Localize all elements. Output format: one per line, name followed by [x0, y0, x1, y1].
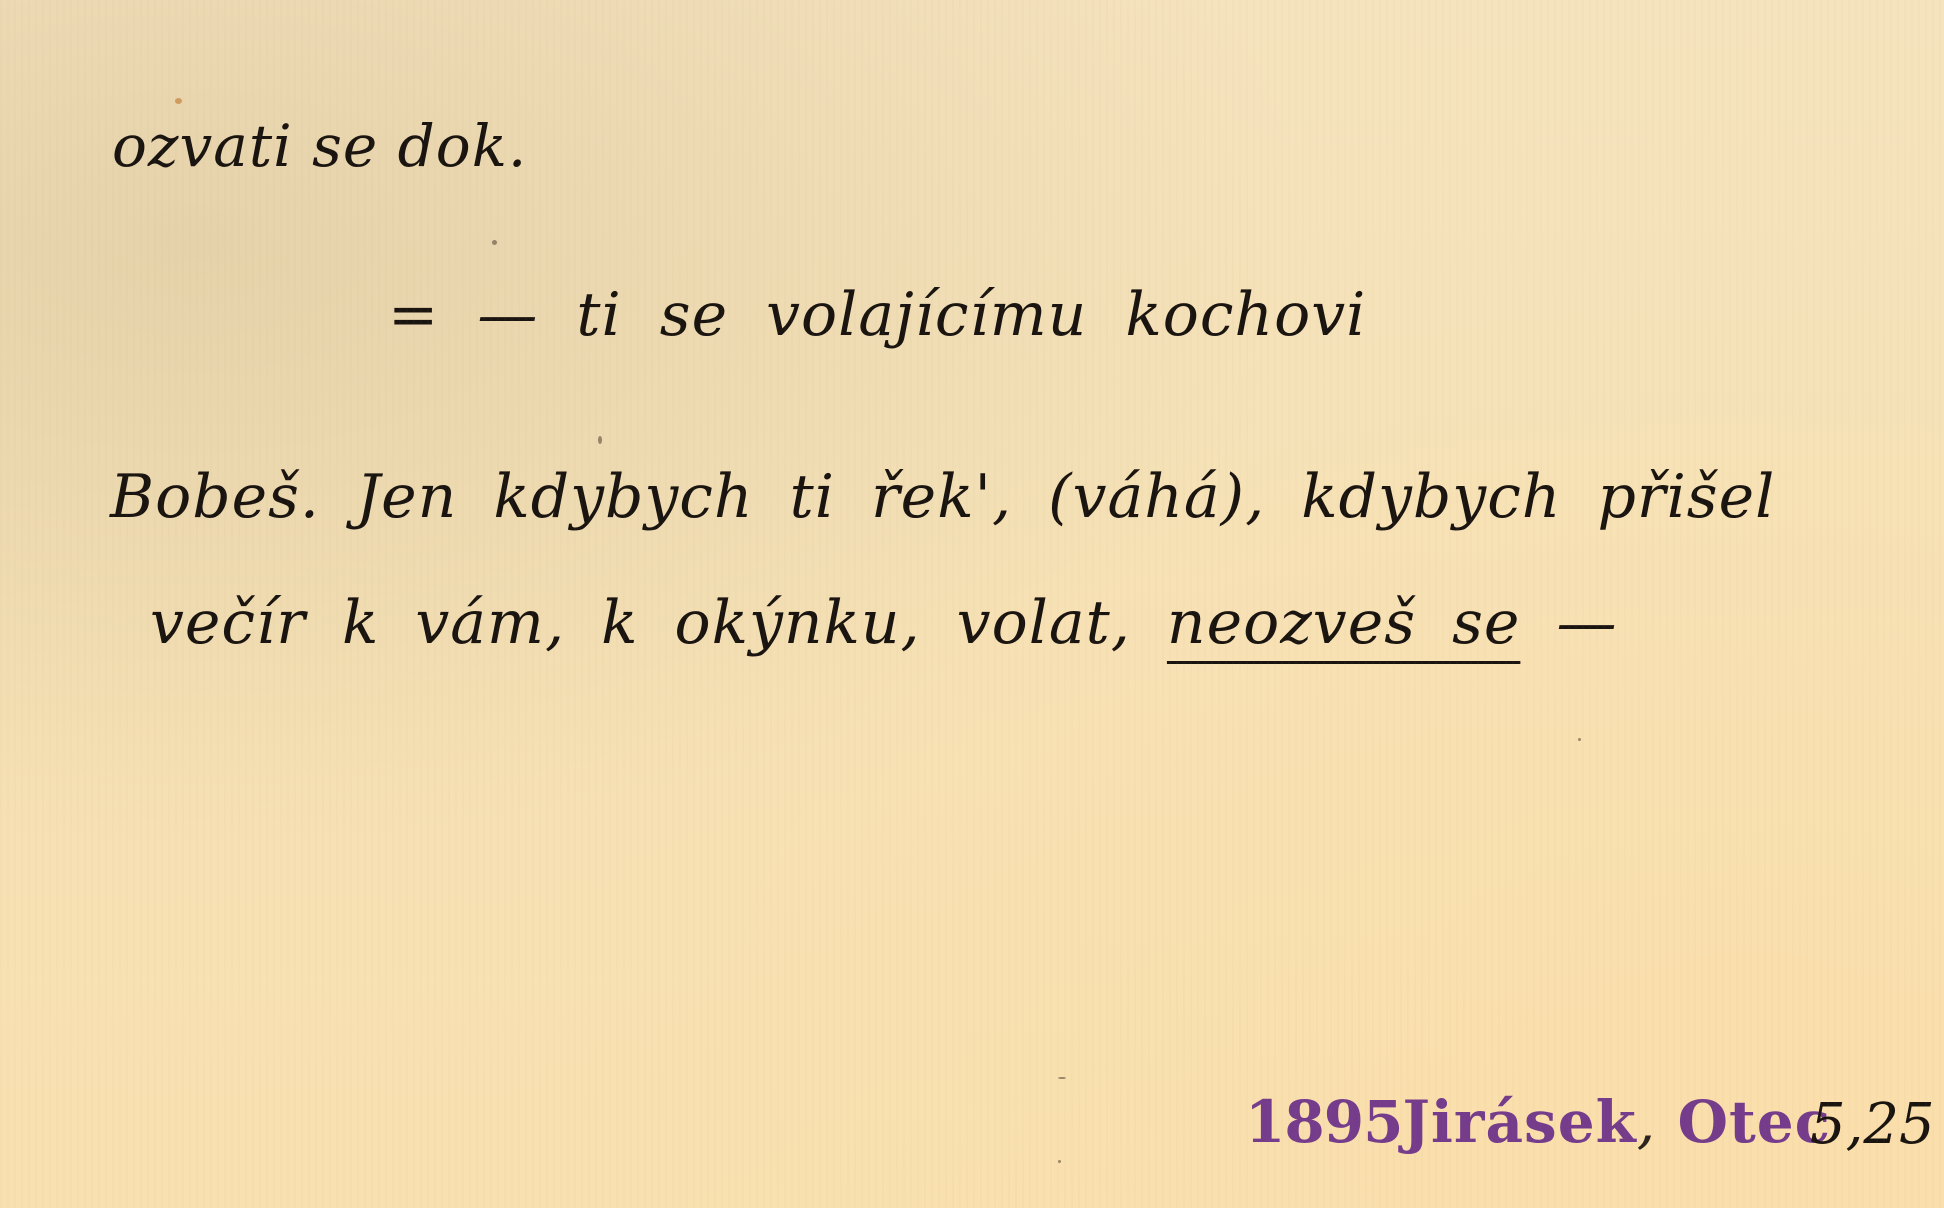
paper-speck	[492, 240, 497, 245]
page-reference: 5,25	[1810, 1092, 1935, 1157]
paper-speck	[1578, 738, 1581, 741]
paper-stain	[175, 98, 182, 104]
paper-speck	[1058, 1160, 1061, 1163]
quotation-text: večír k vám, k okýnku, volat,	[150, 588, 1167, 658]
paper-speck	[598, 436, 602, 444]
quotation-dash: —	[1520, 588, 1617, 658]
definition-line: = — ti se volajícímu kochovi	[388, 280, 1366, 350]
stamp-year: 1895	[1245, 1088, 1402, 1156]
index-card: ozvati se dok. = — ti se volajícímu koch…	[0, 0, 1944, 1208]
quotation-line-2: večír k vám, k okýnku, volat, neozveš se…	[150, 588, 1617, 658]
stamp-separator: ,	[1637, 1088, 1656, 1156]
stamp-work: Otec	[1677, 1088, 1831, 1156]
paper-speck	[1058, 1077, 1066, 1079]
source-stamp: 1895Jirásek, Otec	[1245, 1088, 1831, 1156]
stamp-author: Jirásek	[1402, 1088, 1636, 1156]
headword-line: ozvati se dok.	[112, 112, 527, 180]
underlined-headword-usage: neozveš se	[1167, 588, 1520, 658]
quotation-line-1: Bobeš. Jen kdybych ti řek', (váhá), kdyb…	[110, 462, 1775, 532]
